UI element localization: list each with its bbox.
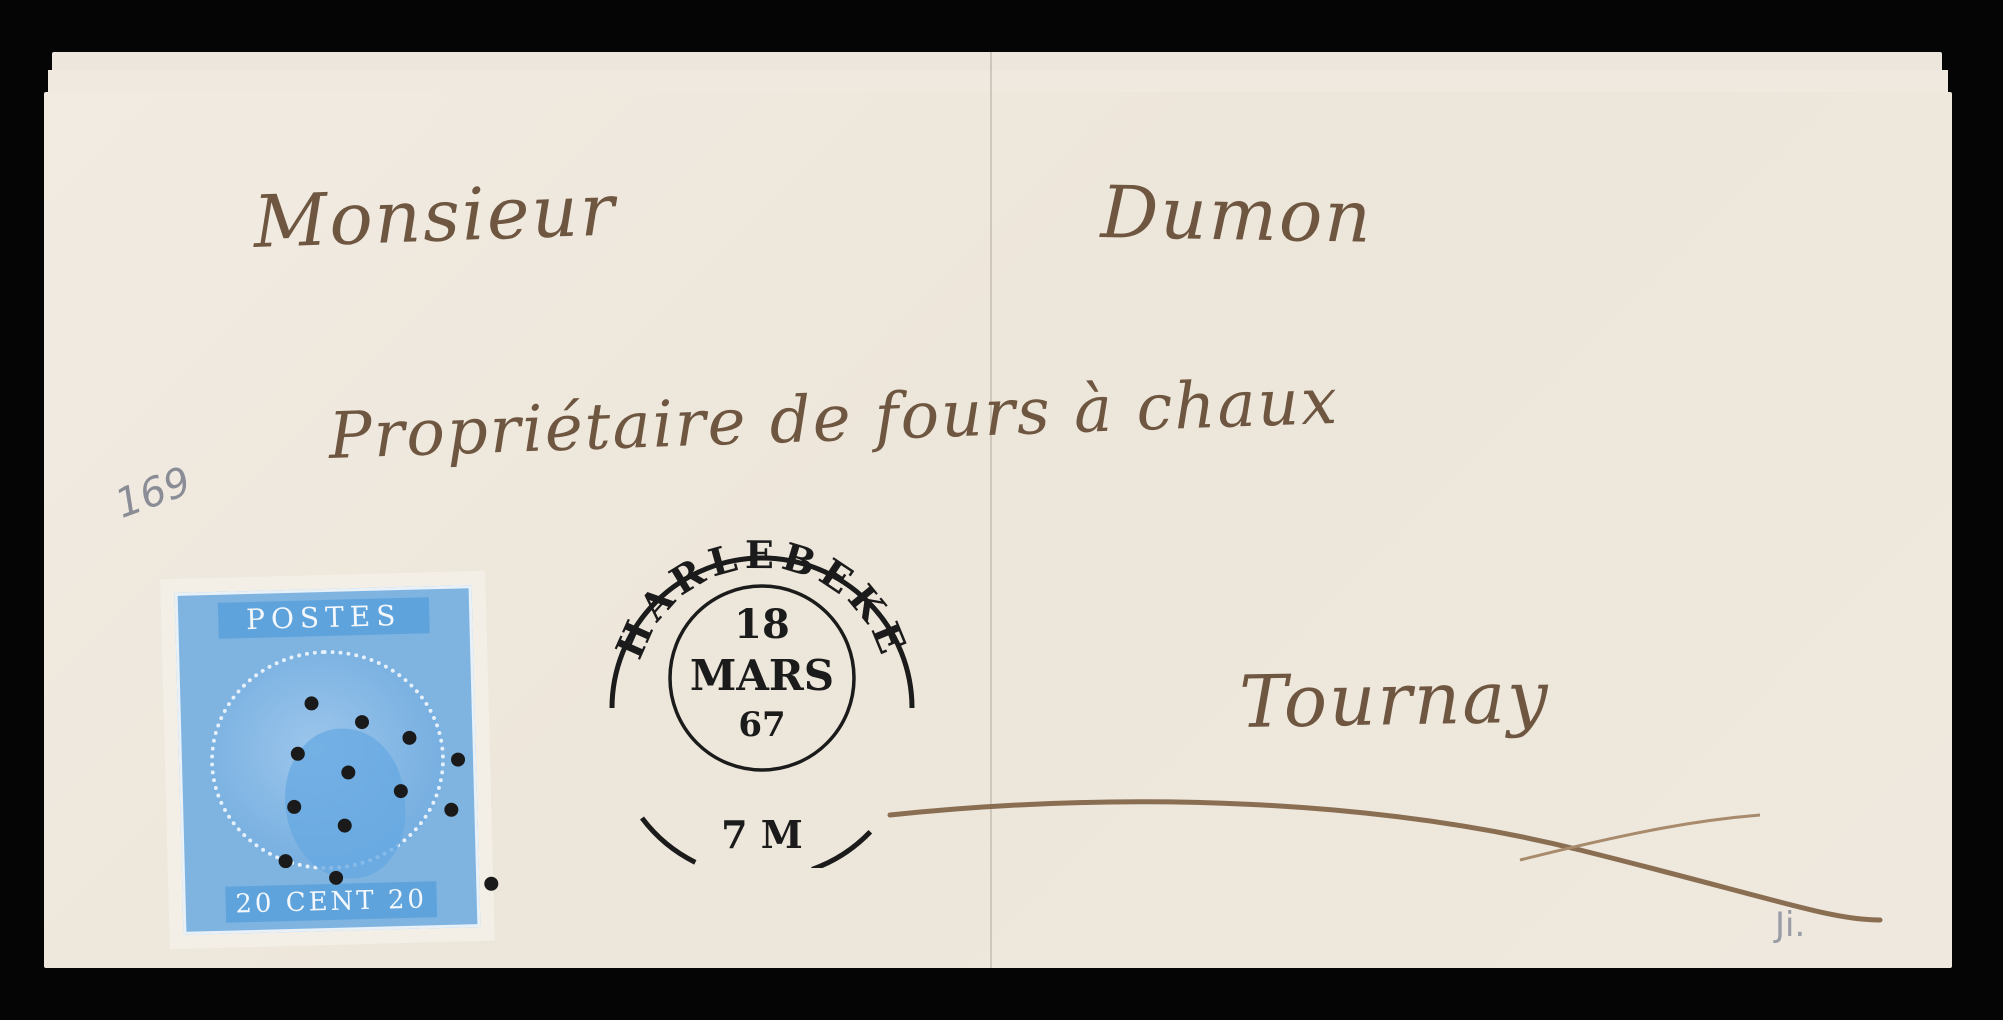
postmark-day: 18 [734,601,790,648]
postmark-time: 7 M [721,812,803,857]
postmark-cancel: HARLEBEKE 18 MARS 67 7 M [582,508,942,868]
postmark-month: MARS [690,651,834,700]
pencil-note-bottom: Ji. [1775,905,1805,945]
stamp-top-label: POSTES [218,597,430,639]
stamp-portrait-oval [207,647,448,873]
address-city: Tournay [1239,655,1551,744]
stamp-frame: POSTES 20 CENT 20 [175,585,481,935]
postage-stamp: POSTES 20 CENT 20 [160,571,495,949]
postmark-year: 67 [738,705,785,745]
address-name: Dumon [1100,170,1374,259]
address-title: Monsieur [252,167,618,264]
underline-flourish [880,790,1890,930]
stamp-bottom-label: 20 CENT 20 [225,881,437,923]
